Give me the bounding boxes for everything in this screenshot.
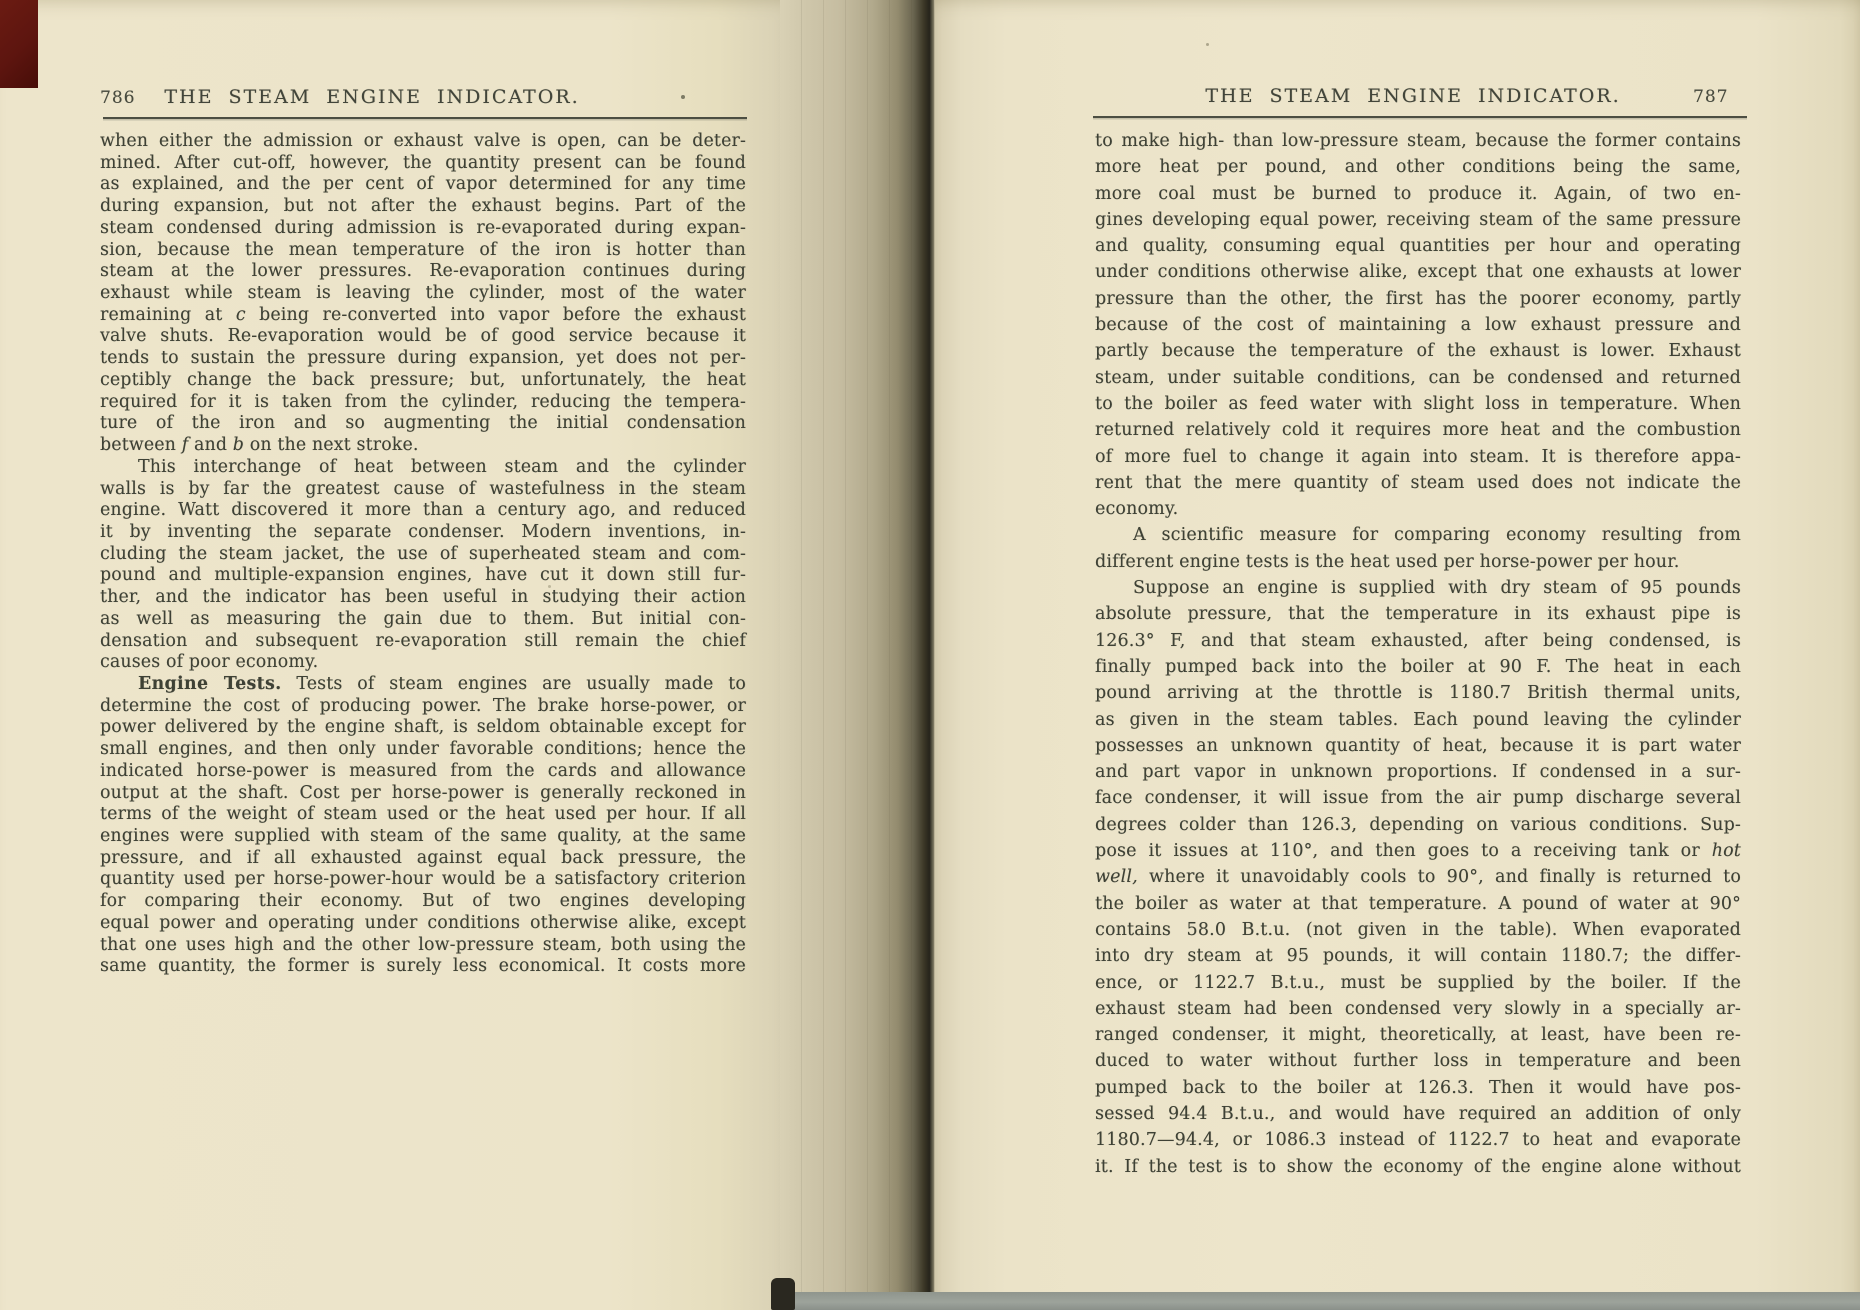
right-running-title: THE STEAM ENGINE INDICATOR.: [1205, 85, 1620, 107]
text-line: and quality, consuming equal quantities …: [1095, 233, 1741, 259]
text-line: under conditions otherwise alike, except…: [1095, 259, 1741, 285]
text-line: of more fuel to change it again into ste…: [1095, 444, 1741, 470]
text-line: during expansion, but not after the exha…: [100, 196, 746, 218]
text-line: remaining at c being re-converted into v…: [100, 305, 746, 327]
right-header-rule: [1093, 116, 1747, 118]
text-line: that one uses high and the other low-pre…: [100, 935, 746, 957]
text-line: more coal must be burned to produce it. …: [1095, 181, 1741, 207]
left-header-rule: [103, 117, 747, 119]
scanner-bed-strip: [788, 1292, 1860, 1310]
text-line: Engine Tests. Tests of steam engines are…: [100, 674, 746, 696]
text-line: absolute pressure, that the temperature …: [1095, 601, 1741, 627]
text-line: pound arriving at the throttle is 1180.7…: [1095, 680, 1741, 706]
text-line: pressure, and if all exhausted against e…: [100, 848, 746, 870]
text-line: ranged condenser, it might, theoreticall…: [1095, 1022, 1741, 1048]
text-line: indicated horse-power is measured from t…: [100, 761, 746, 783]
text-line: densation and subsequent re-evaporation …: [100, 631, 746, 653]
scan-speck: [681, 95, 685, 99]
text-line: steam condensed during admission is re-e…: [100, 218, 746, 240]
text-line: for comparing their economy. But of two …: [100, 891, 746, 913]
text-line: between f and b on the next stroke.: [100, 435, 746, 457]
text-line: when either the admission or exhaust val…: [100, 131, 746, 153]
text-line: This interchange of heat between steam a…: [100, 457, 746, 479]
text-line: terms of the weight of steam used or the…: [100, 804, 746, 826]
text-line: Suppose an engine is supplied with dry s…: [1095, 575, 1741, 601]
text-line: partly because the temperature of the ex…: [1095, 338, 1741, 364]
text-line: and part vapor in unknown proportions. I…: [1095, 759, 1741, 785]
text-line: same quantity, the former is surely less…: [100, 956, 746, 978]
text-line: engines were supplied with steam of the …: [100, 826, 746, 848]
text-line: to make high- than low-pressure steam, b…: [1095, 128, 1741, 154]
text-line: tends to sustain the pressure during exp…: [100, 348, 746, 370]
text-line: equal power and operating under conditio…: [100, 913, 746, 935]
text-line: finally pumped back into the boiler at 9…: [1095, 654, 1741, 680]
text-line: output at the shaft. Cost per horse-powe…: [100, 783, 746, 805]
text-line: the boiler as water at that temperature.…: [1095, 891, 1741, 917]
text-line: 1180.7—94.4, or 1086.3 instead of 1122.7…: [1095, 1127, 1741, 1153]
text-line: small engines, and then only under favor…: [100, 739, 746, 761]
text-line: exhaust while steam is leaving the cylin…: [100, 283, 746, 305]
gutter-bottom-slit: [771, 1278, 795, 1310]
text-line: pound and multiple-expansion engines, ha…: [100, 565, 746, 587]
left-page-text: when either the admission or exhaust val…: [100, 131, 746, 978]
text-line: cluding the steam jacket, the use of sup…: [100, 544, 746, 566]
text-line: as explained, and the per cent of vapor …: [100, 174, 746, 196]
text-line: pumped back to the boiler at 126.3. Then…: [1095, 1075, 1741, 1101]
text-line: engine. Watt discovered it more than a c…: [100, 500, 746, 522]
text-line: ceptibly change the back pressure; but, …: [100, 370, 746, 392]
text-line: possesses an unknown quantity of heat, b…: [1095, 733, 1741, 759]
text-line: required for it is taken from the cylind…: [100, 392, 746, 414]
text-line: degrees colder than 126.3, depending on …: [1095, 812, 1741, 838]
text-line: sion, because the mean temperature of th…: [100, 240, 746, 262]
text-line: different engine tests is the heat used …: [1095, 549, 1741, 575]
text-line: as given in the steam tables. Each pound…: [1095, 707, 1741, 733]
text-line: ture of the iron and so augmenting the i…: [100, 413, 746, 435]
text-line: well, where it unavoidably cools to 90°,…: [1095, 864, 1741, 890]
right-page: THE STEAM ENGINE INDICATOR. 787 to make …: [935, 0, 1860, 1310]
text-line: sessed 94.4 B.t.u., and would have requi…: [1095, 1101, 1741, 1127]
text-line: more heat per pound, and other condition…: [1095, 154, 1741, 180]
book-cover-corner: [0, 0, 38, 88]
page-edge-streaks: [780, 0, 935, 1310]
text-line: to the boiler as feed water with slight …: [1095, 391, 1741, 417]
text-line: steam at the lower pressures. Re-evapora…: [100, 261, 746, 283]
book-gutter-shadow: [780, 0, 935, 1310]
text-line: into dry steam at 95 pounds, it will con…: [1095, 943, 1741, 969]
text-line: exhaust steam had been condensed very sl…: [1095, 996, 1741, 1022]
text-line: as well as measuring the gain due to the…: [100, 609, 746, 631]
text-line: economy.: [1095, 496, 1741, 522]
left-page-number: 786: [100, 88, 135, 108]
text-line: 126.3° F, and that steam exhausted, afte…: [1095, 628, 1741, 654]
text-line: rent that the mere quantity of steam use…: [1095, 470, 1741, 496]
text-line: valve shuts. Re-evaporation would be of …: [100, 326, 746, 348]
text-line: duced to water without further loss in t…: [1095, 1048, 1741, 1074]
text-line: it. If the test is to show the economy o…: [1095, 1154, 1741, 1180]
text-line: it by inventing the separate condenser. …: [100, 522, 746, 544]
right-page-number: 787: [1693, 87, 1728, 107]
text-line: face condenser, it will issue from the a…: [1095, 785, 1741, 811]
text-line: returned relatively cold it requires mor…: [1095, 417, 1741, 443]
text-line: gines developing equal power, receiving …: [1095, 207, 1741, 233]
text-line: pose it issues at 110°, and then goes to…: [1095, 838, 1741, 864]
text-line: steam, under suitable conditions, can be…: [1095, 365, 1741, 391]
text-line: A scientific measure for comparing econo…: [1095, 522, 1741, 548]
text-line: ther, and the indicator has been useful …: [100, 587, 746, 609]
left-page: 786 THE STEAM ENGINE INDICATOR. when eit…: [0, 0, 780, 1310]
text-line: determine the cost of producing power. T…: [100, 696, 746, 718]
text-line: because of the cost of maintaining a low…: [1095, 312, 1741, 338]
text-line: power delivered by the engine shaft, is …: [100, 717, 746, 739]
text-line: pressure than the other, the first has t…: [1095, 286, 1741, 312]
text-line: contains 58.0 B.t.u. (not given in the t…: [1095, 917, 1741, 943]
scan-speck: [548, 585, 551, 588]
text-line: walls is by far the greatest cause of wa…: [100, 479, 746, 501]
text-line: quantity used per horse-power-hour would…: [100, 869, 746, 891]
right-page-text: to make high- than low-pressure steam, b…: [1095, 128, 1741, 1180]
scan-speck: [1206, 43, 1209, 46]
text-line: ence, or 1122.7 B.t.u., must be supplied…: [1095, 970, 1741, 996]
text-line: causes of poor economy.: [100, 652, 746, 674]
left-running-title: THE STEAM ENGINE INDICATOR.: [164, 86, 579, 108]
text-line: mined. After cut-off, however, the quant…: [100, 153, 746, 175]
